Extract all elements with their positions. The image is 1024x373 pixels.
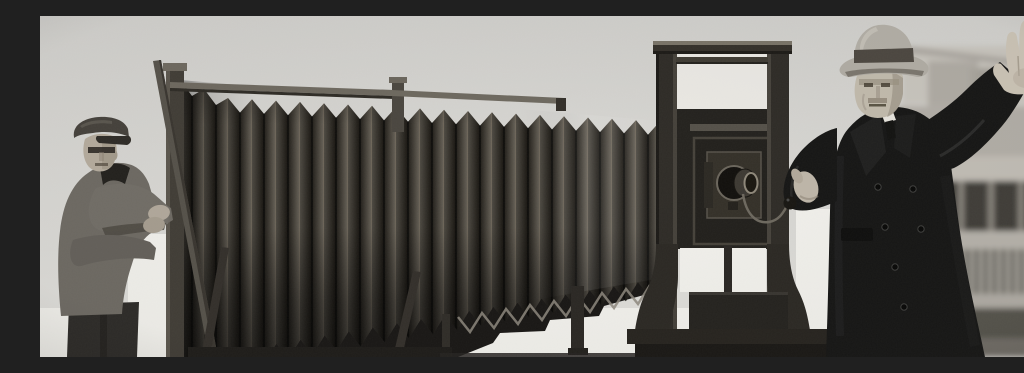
- vignette: [40, 16, 1024, 357]
- photo-canvas: [40, 16, 1024, 357]
- photograph: [40, 16, 1024, 357]
